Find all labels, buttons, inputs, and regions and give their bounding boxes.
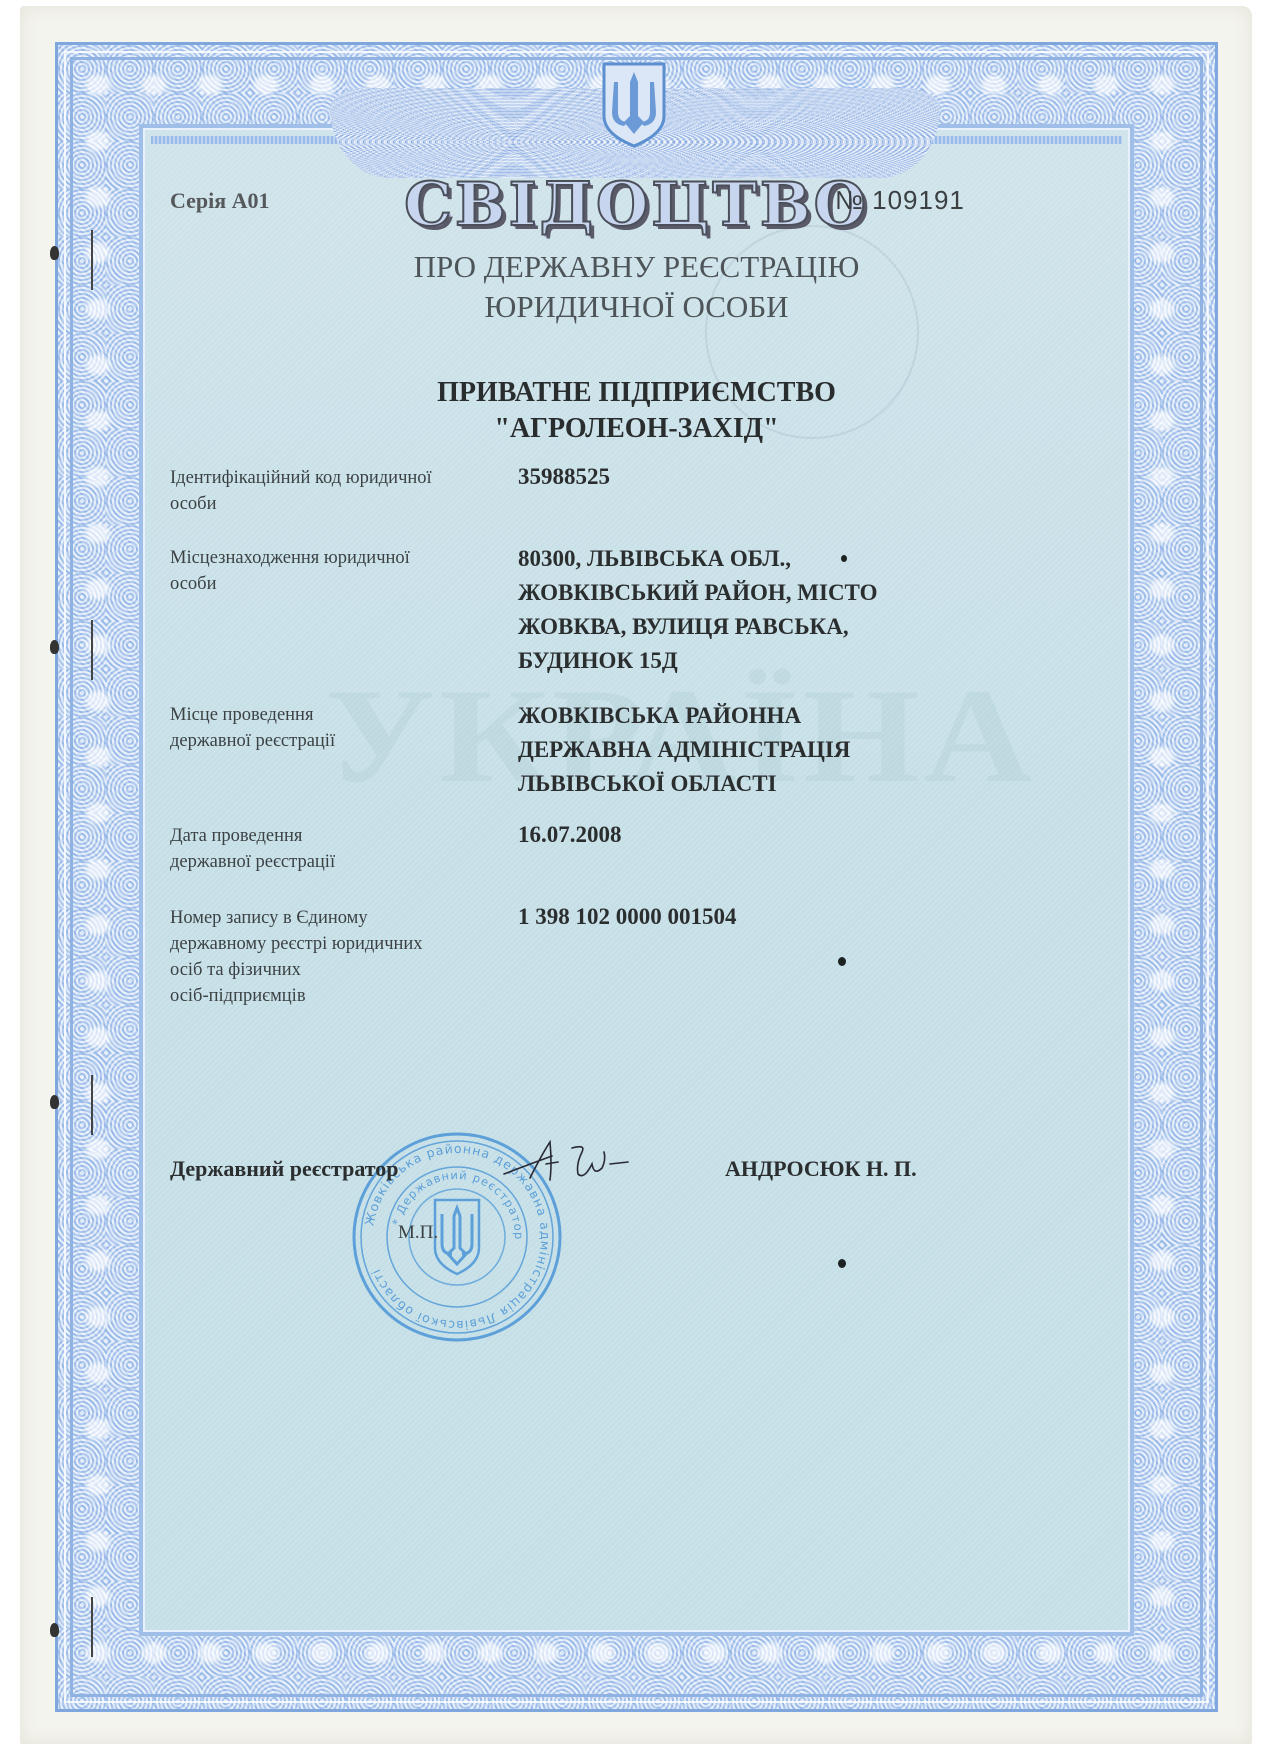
trident-emblem-icon: [600, 60, 668, 148]
field-value: 1 398 102 0000 001504: [518, 900, 948, 934]
registrar-label: Державний реєстратор: [170, 1156, 399, 1182]
binding-thread: [91, 230, 93, 290]
certificate-number: № 109191: [835, 185, 965, 216]
field-value: 35988525: [518, 460, 948, 494]
certificate-subtitle: ПРО ДЕРЖАВНУ РЕЄСТРАЦІЮ ЮРИДИЧНОЇ ОСОБИ: [145, 247, 1128, 327]
binding-hole: [50, 1095, 59, 1109]
certificate-title: СВІДОЦТВО: [145, 170, 1128, 240]
ink-speck: [841, 555, 847, 562]
binding-thread: [91, 1075, 93, 1135]
field-label: Номер запису в Єдиному державному реєстр…: [170, 905, 490, 1009]
handwritten-signature-icon: [500, 1134, 650, 1194]
field-label: Ідентифікаційний код юридичної особи: [170, 465, 490, 517]
company-title: "АГРОЛЕОН-ЗАХІД": [145, 411, 1128, 447]
binding-hole: [50, 246, 59, 260]
registrar-name: АНДРОСЮК Н. П.: [725, 1156, 917, 1182]
field-label: Місцезнаходження юридичної особи: [170, 545, 490, 597]
field-label: Дата проведення державної реєстрації: [170, 823, 490, 875]
company-name: ПРИВАТНЕ ПІДПРИЄМСТВО "АГРОЛЕОН-ЗАХІД": [145, 375, 1128, 447]
field-value: 80300, ЛЬВІВСЬКА ОБЛ., ЖОВКІВСЬКИЙ РАЙОН…: [518, 542, 948, 678]
subtitle-line: ПРО ДЕРЖАВНУ РЕЄСТРАЦІЮ: [145, 247, 1128, 287]
company-type: ПРИВАТНЕ ПІДПРИЄМСТВО: [145, 375, 1128, 411]
binding-hole: [50, 640, 59, 654]
binding-thread: [91, 1597, 93, 1657]
ink-speck: [838, 1259, 846, 1268]
certificate-panel: УКРАЇНА Серія А01 СВІДОЦТВО № 109191 ПРО…: [143, 128, 1130, 1632]
binding-hole: [50, 1623, 59, 1637]
field-value: ЖОВКІВСЬКА РАЙОННА ДЕРЖАВНА АДМІНІСТРАЦІ…: [518, 699, 948, 801]
certificate-content: Серія А01 СВІДОЦТВО № 109191 ПРО ДЕРЖАВН…: [145, 130, 1128, 1630]
ink-speck: [838, 957, 846, 966]
subtitle-line: ЮРИДИЧНОЇ ОСОБИ: [145, 287, 1128, 327]
binding-thread: [91, 620, 93, 680]
field-value: 16.07.2008: [518, 818, 948, 852]
registrar-signature-row: Державний реєстратор АНДРОСЮК Н. П.: [170, 1156, 1130, 1196]
seal-place-label: М.П.: [398, 1222, 438, 1244]
field-label: Місце проведення державної реєстрації: [170, 702, 490, 754]
